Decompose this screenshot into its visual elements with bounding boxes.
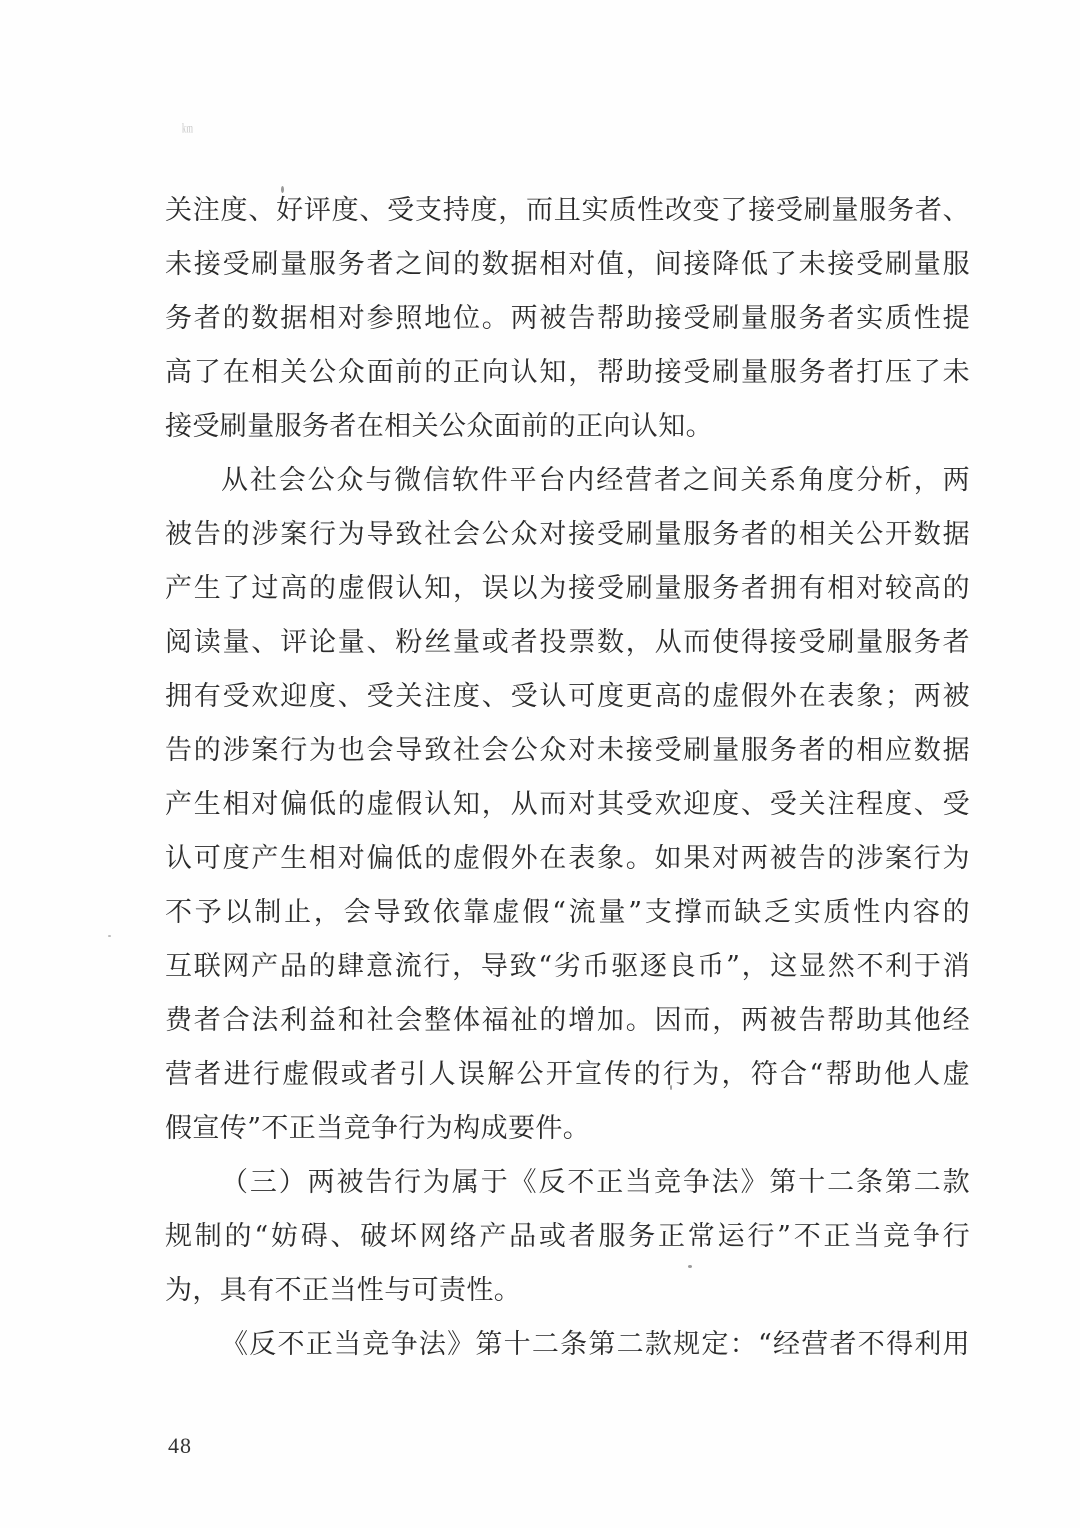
text-line: 被告的涉案行为导致社会公众对接受刷量服务者的相关公开数据 [165,508,970,562]
text-line: 拥有受欢迎度、受关注度、受认可度更高的虚假外在表象；两被 [165,670,970,724]
document-page: ㎞ 关注度、好评度、受支持度，而且实质性改变了接受刷量服务者、 未接受刷量服务者… [0,0,1080,1528]
text-line: 互联网产品的肆意流行，导致“劣币驱逐良币”，这显然不利于消 [165,940,970,994]
section-heading-line: 为，具有不正当性与可责性。 [165,1264,970,1318]
text-line: 产生了过高的虚假认知，误以为接受刷量服务者拥有相对较高的 [165,562,970,616]
page-number: 48 [168,1433,192,1459]
text-line: 费者合法利益和社会整体福祉的增加。因而，两被告帮助其他经 [165,994,970,1048]
paragraph-start-line: 从社会公众与微信软件平台内经营者之间关系角度分析，两 [165,454,970,508]
text-line: 营者进行虚假或者引人误解公开宣传的行为，符合“帮助他人虚 [165,1048,970,1102]
scan-speck [108,935,111,937]
scan-artifact-mark: ㎞ [182,120,193,136]
text-line: 阅读量、评论量、粉丝量或者投票数，从而使得接受刷量服务者 [165,616,970,670]
text-line: 告的涉案行为也会导致社会公众对未接受刷量服务者的相应数据 [165,724,970,778]
text-line: 产生相对偏低的虚假认知，从而对其受欢迎度、受关注程度、受 [165,778,970,832]
text-line: 务者的数据相对参照地位。两被告帮助接受刷量服务者实质性提 [165,292,970,346]
section-heading-line: 规制的“妨碍、破坏网络产品或者服务正常运行”不正当竞争行 [165,1210,970,1264]
text-line: 高了在相关公众面前的正向认知，帮助接受刷量服务者打压了未 [165,346,970,400]
section-heading-line: （三）两被告行为属于《反不正当竞争法》第十二条第二款 [165,1156,970,1210]
text-line: 未接受刷量服务者之间的数据相对值，间接降低了未接受刷量服 [165,238,970,292]
text-line: 认可度产生相对偏低的虚假外在表象。如果对两被告的涉案行为 [165,832,970,886]
text-line: 接受刷量服务者在相关公众面前的正向认知。 [165,400,970,454]
text-line: 关注度、好评度、受支持度，而且实质性改变了接受刷量服务者、 [165,184,970,238]
text-line: 假宣传”不正当竞争行为构成要件。 [165,1102,970,1156]
document-body: 关注度、好评度、受支持度，而且实质性改变了接受刷量服务者、 未接受刷量服务者之间… [165,184,970,1372]
text-line: 不予以制止，会导致依靠虚假“流量”支撑而缺乏实质性内容的 [165,886,970,940]
paragraph-start-line: 《反不正当竞争法》第十二条第二款规定：“经营者不得利用 [165,1318,970,1372]
